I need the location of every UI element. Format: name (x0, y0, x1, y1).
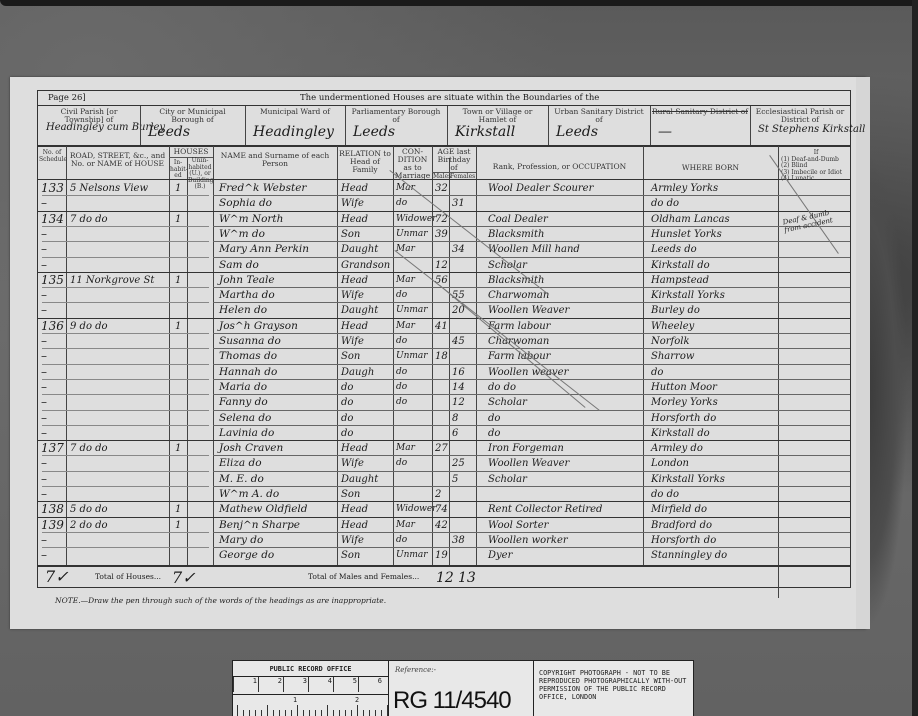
person-name: W^m A. do (219, 487, 279, 502)
schedule-number: – (41, 487, 47, 502)
row-rule (42, 195, 209, 196)
birthplace: Kirkstall do (651, 426, 710, 441)
condition: do (396, 196, 407, 211)
office-name: PUBLIC RECORD OFFICE (233, 665, 388, 673)
age-female: 6 (452, 426, 458, 441)
age-male: 18 (435, 349, 448, 364)
schedule-number: – (41, 288, 47, 303)
row-rule (42, 486, 209, 487)
condition: do (396, 395, 407, 410)
divider (548, 106, 549, 146)
birthplace: Leeds do (651, 242, 697, 257)
person-name: Susanna do (219, 334, 281, 349)
schedule-number: – (41, 196, 47, 211)
table-row (38, 394, 850, 409)
where-born-heading: WHERE BORN (644, 164, 777, 172)
relation: Head (341, 319, 368, 334)
ruler-tick (243, 710, 244, 716)
occupation: Scholar (488, 395, 527, 410)
sheet-edge (856, 77, 870, 629)
inhabited-count: 1 (175, 212, 181, 227)
divider (388, 661, 389, 716)
row-rule (213, 410, 850, 411)
schedule-number: – (41, 258, 47, 273)
occupation: do (488, 411, 500, 426)
road-address: 7 do do (70, 441, 108, 456)
person-name: Selena do (219, 411, 271, 426)
age-male: 74 (435, 502, 448, 517)
ruler-tick (327, 705, 328, 716)
archive-label: PUBLIC RECORD OFFICE 12345612 Reference:… (232, 660, 694, 716)
birthplace: Armley Yorks (651, 181, 718, 196)
occupation: Coal Dealer (488, 212, 548, 227)
parliamentary-borough-heading: Parliamentary Borough of (347, 108, 445, 124)
age-male: 42 (435, 518, 448, 533)
occupation: Iron Forgeman (488, 441, 564, 456)
occupation-heading: Rank, Profession, or OCCUPATION (477, 163, 642, 171)
birthplace: Horsforth do (651, 411, 716, 426)
birthplace: do do (651, 196, 679, 211)
occupation: Wool Dealer Scourer (488, 181, 593, 196)
relation: Wife (341, 288, 364, 303)
inhabited-heading: In-habit-ed (170, 160, 186, 180)
town-or-village-heading: Town or Village or Hamlet of (449, 108, 546, 124)
schedule-number: – (41, 349, 47, 364)
relation: do (341, 411, 353, 426)
person-name: Mathew Oldfield (219, 502, 308, 517)
total-houses-label: Total of Houses... (95, 572, 161, 581)
age-female: 34 (452, 242, 465, 257)
person-name: Hannah do (219, 365, 277, 380)
birthplace: Kirkstall Yorks (651, 472, 725, 487)
birthplace: do do (651, 487, 679, 502)
row-rule (42, 455, 209, 456)
condition: do (396, 380, 407, 395)
ruler-tick (267, 705, 268, 716)
row-rule (42, 547, 209, 548)
table-row (38, 425, 850, 440)
ruler-tick (261, 710, 262, 716)
rule (38, 565, 850, 567)
divider (245, 106, 246, 146)
schedule-number: 139 (41, 518, 64, 533)
condition: Unmar (396, 548, 428, 563)
age-male: 32 (435, 181, 448, 196)
row-rule (42, 226, 209, 227)
road-heading: ROAD, STREET, &c., and No. or NAME of HO… (67, 152, 168, 168)
birthplace: Hampstead (651, 273, 709, 288)
row-rule (42, 532, 209, 533)
age-male: 2 (435, 487, 441, 502)
schedule-number: 137 (41, 441, 64, 456)
condition: Widower (396, 502, 436, 517)
condition: Widower (396, 212, 436, 227)
condition: Mar (396, 273, 415, 288)
road-address: 5 do do (70, 502, 108, 517)
schedule-number: – (41, 303, 47, 318)
occupation: Woollen Weaver (488, 303, 569, 318)
ruler-mark: 5 (333, 677, 359, 692)
birthplace: Bradford do (651, 518, 712, 533)
ruler-tick (381, 710, 382, 716)
birthplace: Kirkstall do (651, 258, 710, 273)
schedule-number: – (41, 242, 47, 257)
occupation: Scholar (488, 472, 527, 487)
birthplace: London (651, 456, 689, 471)
total-females: 13 (458, 570, 476, 586)
schedule-number: – (41, 411, 47, 426)
ruler-tick (249, 710, 250, 716)
row-rule (42, 471, 209, 472)
table-row (38, 471, 850, 486)
schedule-heading: No. of Schedule (39, 150, 65, 163)
age-male: 27 (435, 441, 448, 456)
condition: do (396, 288, 407, 303)
table-row (38, 364, 850, 379)
row-rule (213, 547, 850, 548)
row-rule (42, 425, 209, 426)
ruler-tick (279, 710, 280, 716)
inhabited-count: 1 (175, 441, 181, 456)
ruler-tick (285, 710, 286, 716)
row-rule (42, 348, 209, 349)
schedule-number: 135 (41, 273, 64, 288)
relation: Wife (341, 456, 364, 471)
divider (140, 106, 141, 146)
row-rule (213, 195, 850, 196)
table-row (38, 532, 850, 547)
person-name: Fanny do (219, 395, 268, 410)
table-row (38, 410, 850, 425)
relation: Head (341, 212, 368, 227)
condition: do (396, 456, 407, 471)
ruler-tick (273, 710, 274, 716)
ruler-tick (357, 705, 358, 716)
age-female: 31 (452, 196, 465, 211)
ruler-mark: 1 (233, 677, 259, 692)
schedule-number: – (41, 380, 47, 395)
birthplace: Wheeley (651, 319, 694, 334)
person-name: Sophia do (219, 196, 272, 211)
person-name: Sam do (219, 258, 259, 273)
age-female: 14 (452, 380, 465, 395)
table-row (38, 455, 850, 470)
schedule-number: – (41, 456, 47, 471)
total-schedules: 7✓ (45, 567, 69, 586)
row-rule (213, 394, 850, 395)
age-female: 12 (452, 395, 465, 410)
birthplace: Morley Yorks (651, 395, 718, 410)
occupation: Scholar (488, 258, 527, 273)
ruler-tick (237, 705, 238, 716)
ruler-tick (333, 710, 334, 716)
rural-sanitary-district-heading: Rural Sanitary District of (652, 108, 748, 116)
relation: Wife (341, 334, 364, 349)
row-rule (213, 257, 850, 258)
age-male: 19 (435, 548, 448, 563)
person-name: Thomas do (219, 349, 277, 364)
rule (233, 694, 388, 695)
table-row (38, 486, 850, 501)
ruler-tick (315, 710, 316, 716)
occupation: Blacksmith (488, 227, 544, 242)
urban-sanitary-district-value: Leeds (556, 124, 598, 140)
inhabited-count: 1 (175, 502, 181, 517)
schedule-number: 136 (41, 319, 64, 334)
ruler-tick (339, 710, 340, 716)
birthplace: Burley do (651, 303, 700, 318)
total-males: 12 (436, 570, 454, 586)
road-address: 11 Norkgrove St (70, 273, 154, 288)
schedule-number: – (41, 227, 47, 242)
schedule-number: – (41, 548, 47, 563)
birthplace: Oldham Lancas (651, 212, 730, 227)
right-edge (912, 0, 918, 716)
age-male: 41 (435, 319, 448, 334)
total-inhabited: 7✓ (172, 568, 196, 587)
ruler-mark: 2 (355, 696, 359, 704)
person-name: Mary do (219, 533, 263, 548)
age-male: 12 (435, 258, 448, 273)
town-or-village-value: Kirkstall (455, 124, 515, 140)
municipal-ward-value: Headingley (253, 124, 334, 140)
municipal-borough-heading: City or Municipal Borough of (142, 108, 243, 124)
occupation: Charwoman (488, 288, 549, 303)
row-rule (42, 241, 209, 242)
age-heading: AGE last Birthday of (433, 148, 475, 172)
birthplace: Horsforth do (651, 533, 716, 548)
birthplace: Stanningley do (651, 548, 727, 563)
row-rule (42, 287, 209, 288)
relation: Head (341, 441, 368, 456)
row-rule (42, 333, 209, 334)
road-address: 7 do do (70, 212, 108, 227)
occupation: Woollen Weaver (488, 456, 569, 471)
table-row (38, 379, 850, 394)
person-name: Helen do (219, 303, 267, 318)
municipal-borough-value: Leeds (148, 124, 190, 140)
rule (38, 105, 850, 106)
road-address: 2 do do (70, 518, 108, 533)
ruler-tick (345, 710, 346, 716)
ruler-tick (255, 710, 256, 716)
condition: Mar (396, 319, 415, 334)
person-name: Martha do (219, 288, 275, 303)
person-name: M. E. do (219, 472, 264, 487)
houses-heading: HOUSES (170, 148, 212, 156)
condition: do (396, 365, 407, 380)
row-rule (42, 394, 209, 395)
schedule-number: – (41, 472, 47, 487)
age-female: 5 (452, 472, 458, 487)
birthplace: Norfolk (651, 334, 690, 349)
occupation: Wool Sorter (488, 518, 548, 533)
row-rule (42, 257, 209, 258)
ruler-mark: 2 (258, 677, 284, 692)
relation: Head (341, 518, 368, 533)
person-name: Benj^n Sharpe (219, 518, 300, 533)
occupation: do (488, 426, 500, 441)
condition: Mar (396, 518, 415, 533)
ruler-tick (321, 710, 322, 716)
inhabited-count: 1 (175, 319, 181, 334)
person-name: Jos^h Grayson (219, 319, 298, 334)
condition: Unmar (396, 303, 428, 318)
schedule-number: – (41, 334, 47, 349)
table-row (38, 302, 850, 317)
relation: Head (341, 502, 368, 517)
table-row (38, 241, 850, 256)
person-name: Eliza do (219, 456, 262, 471)
top-edge (0, 0, 918, 6)
ecclesiastical-parish-value: St Stephens Kirkstall (758, 124, 865, 135)
ruler-tick (303, 710, 304, 716)
reference-label: Reference:- (395, 666, 436, 674)
birthplace: Hutton Moor (651, 380, 717, 395)
row-rule (213, 486, 850, 487)
parliamentary-borough-value: Leeds (353, 124, 395, 140)
occupation: do do (488, 380, 516, 395)
row-rule (42, 410, 209, 411)
age-female: 25 (452, 456, 465, 471)
relation: Son (341, 227, 360, 242)
relation: Head (341, 273, 368, 288)
row-rule (213, 471, 850, 472)
condition: Unmar (396, 349, 428, 364)
schedule-number: 134 (41, 212, 64, 227)
relation: do (341, 395, 353, 410)
age-female: 8 (452, 411, 458, 426)
divider (447, 106, 448, 146)
person-name: W^m North (219, 212, 283, 227)
birthplace: Armley do (651, 441, 703, 456)
ruler-tick (369, 710, 370, 716)
age-female: 16 (452, 365, 465, 380)
road-address: 5 Nelsons View (70, 181, 148, 196)
row-rule (42, 302, 209, 303)
schedule-number: – (41, 426, 47, 441)
reference-number: RG 11/4540 (393, 687, 511, 715)
person-name: Lavinia do (219, 426, 274, 441)
relation: Daught (341, 303, 378, 318)
rural-sanitary-district-value: — (658, 124, 672, 140)
ecclesiastical-parish-heading: Ecclesiastical Parish or District of (752, 108, 848, 124)
inhabited-count: 1 (175, 518, 181, 533)
person-name: Mary Ann Perkin (219, 242, 309, 257)
row-rule (42, 379, 209, 380)
person-name: Josh Craven (219, 441, 283, 456)
page-label: Page 26] (48, 93, 86, 103)
occupation: Woollen Mill hand (488, 242, 580, 257)
relation: Wife (341, 196, 364, 211)
condition: Mar (396, 242, 415, 257)
ruler-tick (297, 705, 298, 716)
birthplace: Kirkstall Yorks (651, 288, 725, 303)
birthplace: Mirfield do (651, 502, 707, 517)
person-name: John Teale (219, 273, 275, 288)
person-name: Maria do (219, 380, 267, 395)
relation: do (341, 426, 353, 441)
relation: Daught (341, 242, 378, 257)
table-row (38, 333, 850, 348)
age-female: 45 (452, 334, 465, 349)
copyright-notice: COPYRIGHT PHOTOGRAPH - NOT TO BE REPRODU… (539, 669, 689, 701)
urban-sanitary-district-heading: Urban Sanitary District of (550, 108, 648, 124)
name-heading: NAME and Surname of each Person (214, 152, 336, 168)
condition-heading: CON-DITION as to Marriage (394, 148, 431, 180)
relation: Wife (341, 533, 364, 548)
age-male: 39 (435, 227, 448, 242)
condition: do (396, 533, 407, 548)
relation: do (341, 380, 353, 395)
divider (533, 661, 534, 716)
ruler-tick (375, 710, 376, 716)
table-row (38, 195, 850, 210)
ruler-tick (309, 710, 310, 716)
relation: Head (341, 181, 368, 196)
banner-text: The undermentioned Houses are situate wi… (300, 93, 599, 103)
form-note: NOTE.—Draw the pen through such of the w… (55, 596, 386, 605)
schedule-number: – (41, 395, 47, 410)
age-female: 38 (452, 533, 465, 548)
ruler-mark: 3 (283, 677, 309, 692)
ruler-tick (291, 710, 292, 716)
condition: do (396, 334, 407, 349)
occupation: Dyer (488, 548, 512, 563)
relation: Grandson (341, 258, 390, 273)
ruler-tick (351, 710, 352, 716)
schedule-number: – (41, 365, 47, 380)
ruler-mark: 4 (308, 677, 334, 692)
ruler-tick (363, 710, 364, 716)
total-persons-label: Total of Males and Females... (308, 572, 419, 581)
row-rule (213, 379, 850, 380)
person-name: W^m do (219, 227, 265, 242)
relation: Daugh (341, 365, 374, 380)
person-name: Fred^k Webster (219, 181, 306, 196)
birthplace: Hunslet Yorks (651, 227, 722, 242)
birthplace: do (651, 365, 663, 380)
row-rule (213, 425, 850, 426)
inhabited-count: 1 (175, 273, 181, 288)
schedule-number: 138 (41, 502, 64, 517)
relation: Daught (341, 472, 378, 487)
ruler-mark: 6 (358, 677, 384, 692)
municipal-ward-heading: Municipal Ward of (247, 108, 343, 116)
condition: Unmar (396, 227, 428, 242)
relation-heading: RELATION to Head of Family (338, 150, 392, 174)
occupation: Woollen worker (488, 533, 568, 548)
occupation: Rent Collector Retired (488, 502, 602, 517)
ruler-mark: 1 (293, 696, 297, 704)
divider (345, 106, 346, 146)
divider (650, 106, 651, 146)
relation: Son (341, 548, 360, 563)
schedule-number: 133 (41, 181, 64, 196)
relation: Son (341, 349, 360, 364)
inhabited-count: 1 (175, 181, 181, 196)
road-address: 9 do do (70, 319, 108, 334)
condition: Mar (396, 441, 415, 456)
row-rule (42, 364, 209, 365)
person-name: George do (219, 548, 274, 563)
divider (750, 106, 751, 146)
schedule-number: – (41, 533, 47, 548)
birthplace: Sharrow (651, 349, 694, 364)
relation: Son (341, 487, 360, 502)
